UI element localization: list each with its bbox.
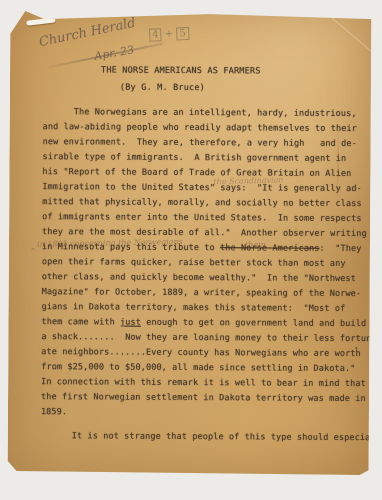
folded-corner <box>11 0 37 15</box>
handwritten-caret: ^ <box>30 247 37 256</box>
handwritten-code-right: 5 <box>176 27 189 41</box>
paper-crease-diagonal <box>332 18 372 52</box>
handwritten-code-operator: + <box>165 29 174 40</box>
typed-line: It is not strange that people of this ty… <box>41 429 377 446</box>
paper-tear <box>26 17 55 25</box>
stray-ink-dot <box>355 347 357 349</box>
document-title: THE NORSE AMERICANS AS FARMERS <box>101 65 261 76</box>
typed-lines: The Norwegians are an intelligent, hardy… <box>41 105 379 446</box>
typed-line: 1859. <box>41 405 377 422</box>
document-byline: (By G. M. Bruce) <box>120 83 205 94</box>
handwritten-code: 4 + 5 <box>149 28 189 41</box>
handwritten-code-left: 4 <box>149 28 162 42</box>
document-page: Church Herald Apr. 23 4 + 5 THE NORSE AM… <box>8 8 372 475</box>
pencil-stroke <box>49 43 163 68</box>
typed-line: the first Norwegian settlement in Dakota… <box>41 390 377 407</box>
